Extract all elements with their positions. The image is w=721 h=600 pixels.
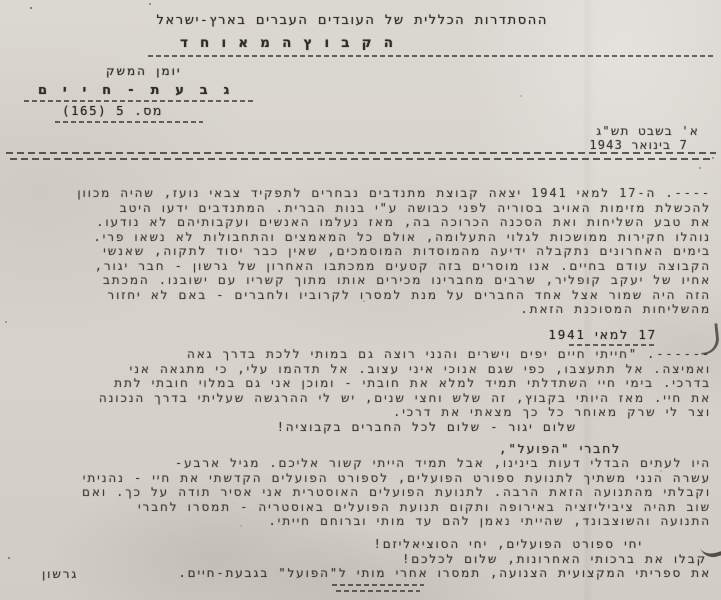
paragraph-line: ואמיצה. אל תתעצבו, כפי שגם אנוכי איני עצ… — [0, 362, 711, 377]
separator-dashes-top — [6, 152, 716, 154]
end-dashes-bottom — [336, 590, 420, 592]
paragraph-line: ----. ה-17 למאי 1941 יצאה קבוצת מתנדבים … — [0, 186, 711, 201]
scanned-document-page: ההסתדרות הכללית של העובדים העברים בארץ-י… — [0, 0, 721, 600]
paragraph-line: וצר לי שרק מאוחר כל כך מצאתי את דרכי. — [0, 405, 711, 420]
place-label: ג ב ע ת - ח י י ם — [38, 83, 233, 98]
masthead-title: ה ק ב ו ץ ה מ א ו ח ד — [180, 35, 395, 51]
library-bequest-line: את ספריתי המקצועית הצנועה, תמסרו אחרי מו… — [178, 566, 711, 580]
paragraph-line: התנועה והשוצבונד, שהייתי נאמן להם עד מות… — [0, 514, 711, 529]
scan-specks — [0, 0, 2, 2]
paragraph-line: וקבלתי מהתנועה הזאת הרבה. לתנועת הפועלים… — [0, 485, 711, 500]
end-dashes-top — [332, 584, 424, 586]
paragraph-line: ------. "חייתי חיים יפים וישרים והנני רו… — [0, 347, 711, 362]
paragraph-hapoel: היו לעתים הבדלי דעות בינינו, אבל תמיד הי… — [0, 456, 711, 529]
paragraph-line: את חיי. מאז היותי בקבוץ, זה שלש וחצי שני… — [0, 391, 711, 406]
signature: גרשון — [42, 567, 78, 581]
section-heading-hapoel: לחברי "הפועל", — [499, 441, 621, 456]
section-heading-date: 17 למאי 1941 — [548, 327, 657, 342]
paragraph-line: מהשליחות המסוכנת הזאת. — [0, 302, 711, 317]
pen-mark-right-upper — [698, 323, 720, 355]
cheer-line: יחי ספורט הפועלים, יחי הסוציאליזם! — [374, 537, 643, 551]
paragraph-line: להכשלת מזימות האויב בסוריה לפני כבושה ע"… — [0, 201, 711, 216]
paragraph-line: בימים האחרונים נתקבלה ידיעה מהמוסדות המו… — [0, 244, 711, 259]
separator-dashes-bottom — [10, 158, 714, 160]
issue-underline-dashes — [55, 121, 203, 123]
place-underline-dashes — [24, 100, 256, 102]
section-heading-underline — [569, 344, 657, 346]
date-hebrew: א' בשבט תש"ג — [596, 124, 699, 138]
paragraph-line: הקבוצה עודם בחיים. אנו מוסרים בזה קטעים … — [0, 259, 711, 274]
issue-number: מס. 5 (165) — [62, 103, 163, 118]
paragraph-letter: ------. "חייתי חיים יפים וישרים והנני רו… — [0, 347, 711, 420]
paragraph-line: עשרה הנני משתיך לתנועת ספורט הפועלים, לס… — [0, 471, 711, 486]
paragraph-line: נוהלו חקירות ממושכות לגלוי התעלומה, אולם… — [0, 230, 711, 245]
paragraph-line: הזה היה שמור אצל אחד החברים על מנת למסרו… — [0, 288, 711, 303]
paragraph-intro: ----. ה-17 למאי 1941 יצאה קבוצת מתנדבים … — [0, 186, 711, 317]
farewell-line: קבלו את ברכותי האחרונות, שלום לכלכם! — [402, 552, 707, 566]
paragraph-line: בדרכי. בימי חיי השתדלתי תמיד למלא את חוב… — [0, 376, 711, 391]
date-gregorian: 7 בינואר 1943 — [589, 138, 688, 152]
organization-line: ההסתדרות הכללית של העובדים העברים בארץ-י… — [157, 13, 548, 28]
salute-line: שלום יגור - שלום לכל החברים בקבוציה! — [277, 420, 577, 434]
paragraph-line: היו לעתים הבדלי דעות בינינו, אבל תמיד הי… — [0, 456, 711, 471]
journal-label: יומן המשק — [106, 64, 182, 78]
title-underline-dashes — [148, 55, 713, 57]
paragraph-line: אחיו של יעקב קופליר, שרבים מחברינו מכירי… — [0, 273, 711, 288]
paragraph-line: את טבע השליחות ואת הסכנה הכרוכה בה, מאז … — [0, 215, 711, 230]
paragraph-line: שוב תהיה ציביליזציה באירופה ותקום תנועת … — [0, 500, 711, 515]
